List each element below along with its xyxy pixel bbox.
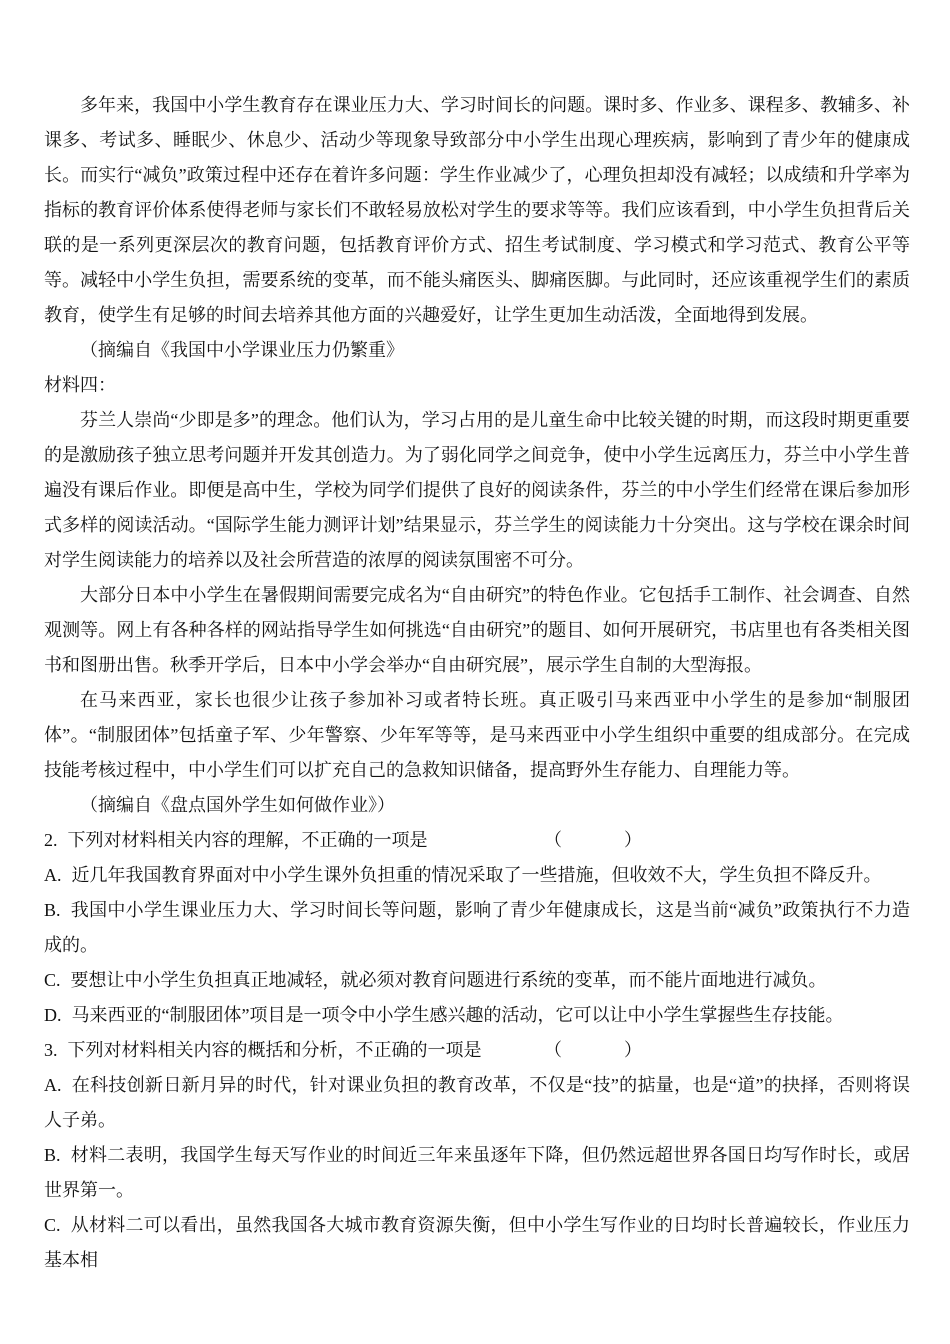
question-2-answer-bracket: （ ） [544, 823, 644, 858]
question-2-stem-line: 2.下列对材料相关内容的理解，不正确的一项是（ ） [44, 823, 910, 858]
question-2-number: 2. [44, 830, 58, 850]
material-three-source-note: （摘编自《我国中小学课业压力仍繁重》 [44, 333, 910, 368]
material-four-paragraph-malaysia: 在马来西亚，家长也很少让孩子参加补习或者特长班。真正吸引马来西亚中小学生的是参加… [44, 683, 910, 788]
question-3-option-a: A.在科技创新日新月异的时代，针对课业负担的教育改革，不仅是“技”的掂量，也是“… [44, 1068, 910, 1138]
material-four-paragraph-finland: 芬兰人崇尚“少即是多”的理念。他们认为，学习占用的是儿童生命中比较关键的时期，而… [44, 403, 910, 578]
question-2-option-b-label: B. [44, 900, 61, 920]
question-2-option-d-text: 马来西亚的“制服团体”项目是一项令中小学生感兴趣的活动，它可以让中小学生掌握些生… [72, 1005, 844, 1025]
material-four-heading: 材料四： [44, 368, 910, 403]
question-3-option-a-text: 在科技创新日新月异的时代，针对课业负担的教育改革，不仅是“技”的掂量，也是“道”… [44, 1075, 910, 1130]
question-2-option-d-label: D. [44, 1005, 62, 1025]
question-2-option-b-text: 我国中小学生课业压力大、学习时间长等问题，影响了青少年健康成长，这是当前“减负”… [44, 900, 910, 955]
question-2-option-b: B.我国中小学生课业压力大、学习时间长等问题，影响了青少年健康成长，这是当前“减… [44, 893, 910, 963]
question-3-answer-bracket: （ ） [544, 1033, 644, 1068]
material-four-source-note: （摘编自《盘点国外学生如何做作业》） [44, 788, 910, 823]
question-3-number: 3. [44, 1040, 58, 1060]
question-2-option-a-text: 近几年我国教育界面对中小学生课外负担重的情况采取了一些措施，但收效不大，学生负担… [72, 865, 882, 885]
question-3-option-a-label: A. [44, 1075, 62, 1095]
question-3-stem-line: 3.下列对材料相关内容的概括和分析，不正确的一项是（ ） [44, 1033, 910, 1068]
question-2-option-a-label: A. [44, 865, 62, 885]
question-3: 3.下列对材料相关内容的概括和分析，不正确的一项是（ ） A.在科技创新日新月异… [44, 1033, 910, 1278]
exam-document-page: 多年来，我国中小学生教育存在课业压力大、学习时间长的问题。课时多、作业多、课程多… [0, 0, 950, 1344]
question-3-option-b-label: B. [44, 1145, 61, 1165]
question-3-option-c: C.从材料二可以看出，虽然我国各大城市教育资源失衡，但中小学生写作业的日均时长普… [44, 1208, 910, 1278]
question-2-option-d: D.马来西亚的“制服团体”项目是一项令中小学生感兴趣的活动，它可以让中小学生掌握… [44, 998, 910, 1033]
question-3-option-c-text: 从材料二可以看出，虽然我国各大城市教育资源失衡，但中小学生写作业的日均时长普遍较… [44, 1215, 910, 1270]
question-2-option-c-text: 要想让中小学生负担真正地减轻，就必须对教育问题进行系统的变革，而不能片面地进行减… [71, 970, 827, 990]
question-3-option-c-label: C. [44, 1215, 61, 1235]
question-3-option-b: B.材料二表明，我国学生每天写作业的时间近三年来虽逐年下降，但仍然远超世界各国日… [44, 1138, 910, 1208]
question-2-stem: 下列对材料相关内容的理解，不正确的一项是 [68, 830, 428, 850]
question-3-stem: 下列对材料相关内容的概括和分析，不正确的一项是 [68, 1040, 482, 1060]
question-2-option-a: A.近几年我国教育界面对中小学生课外负担重的情况采取了一些措施，但收效不大，学生… [44, 858, 910, 893]
material-four-paragraph-japan: 大部分日本中小学生在暑假期间需要完成名为“自由研究”的特色作业。它包括手工制作、… [44, 578, 910, 683]
material-three-paragraph: 多年来，我国中小学生教育存在课业压力大、学习时间长的问题。课时多、作业多、课程多… [44, 88, 910, 333]
question-3-option-b-text: 材料二表明，我国学生每天写作业的时间近三年来虽逐年下降，但仍然远超世界各国日均写… [44, 1145, 910, 1200]
question-2: 2.下列对材料相关内容的理解，不正确的一项是（ ） A.近几年我国教育界面对中小… [44, 823, 910, 1033]
question-2-option-c-label: C. [44, 970, 61, 990]
question-2-option-c: C.要想让中小学生负担真正地减轻，就必须对教育问题进行系统的变革，而不能片面地进… [44, 963, 910, 998]
